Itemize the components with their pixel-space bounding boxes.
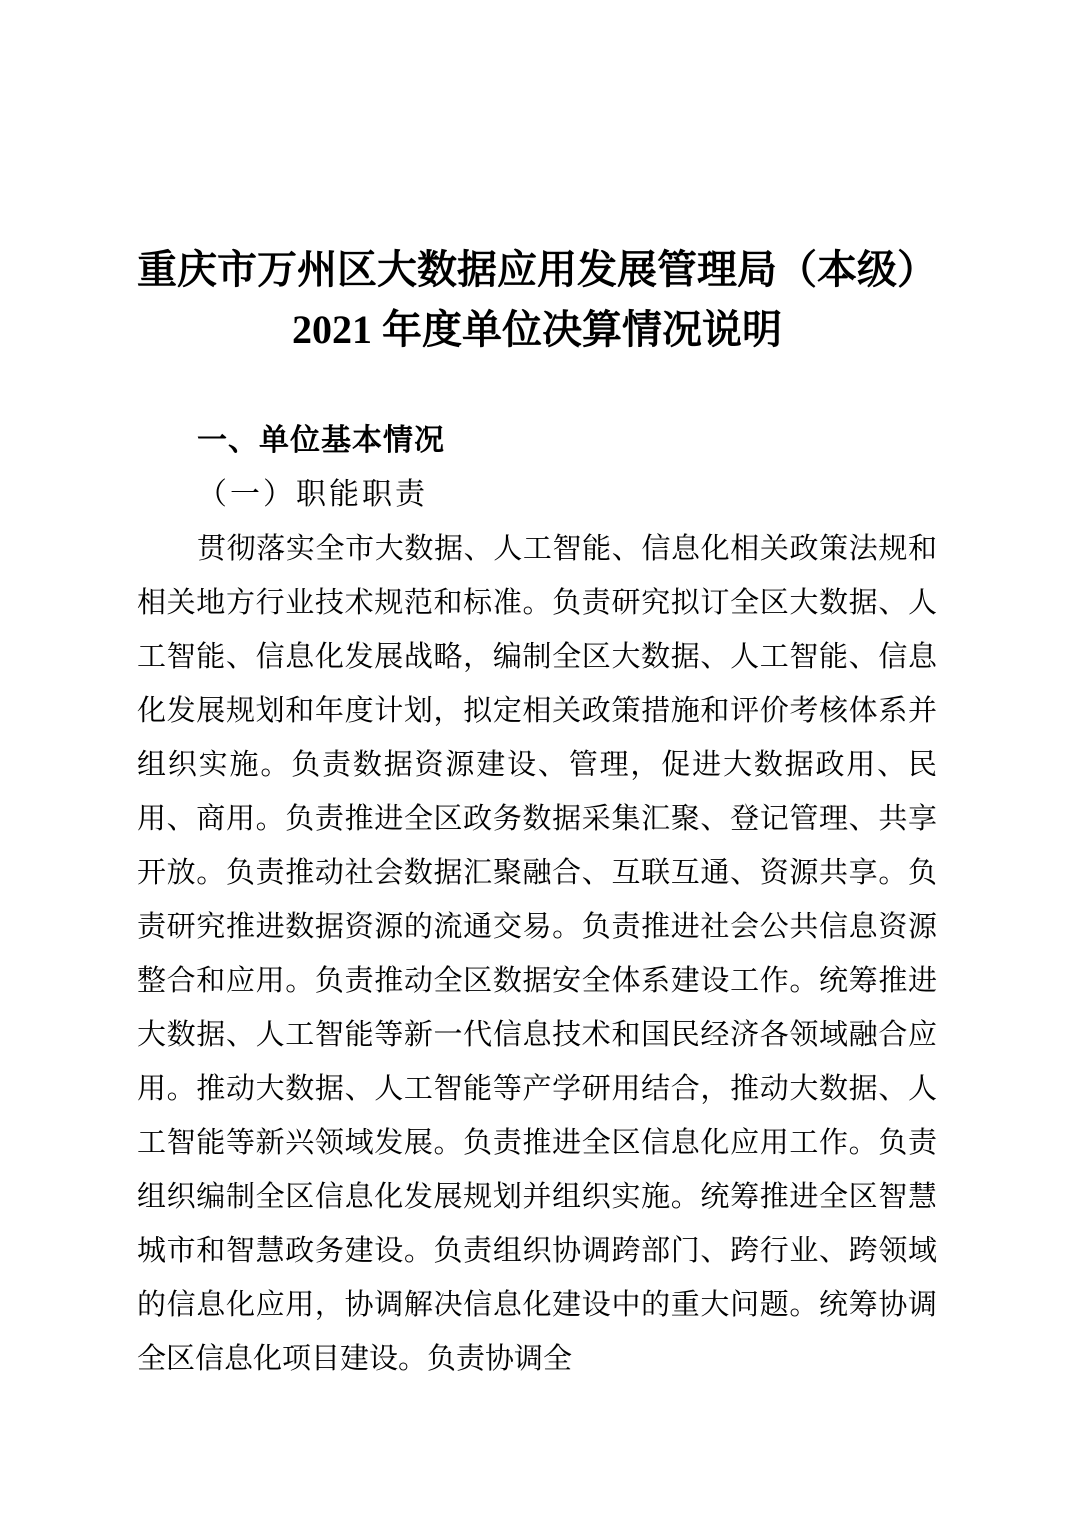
- section-heading: 一、单位基本情况: [137, 414, 937, 468]
- document-title-line1: 重庆市万州区大数据应用发展管理局（本级）: [112, 240, 962, 300]
- body-paragraph: 贯彻落实全市大数据、人工智能、信息化相关政策法规和相关地方行业技术规范和标准。负…: [137, 522, 937, 1386]
- document-title: 重庆市万州区大数据应用发展管理局（本级） 2021 年度单位决算情况说明: [112, 0, 962, 360]
- document-page: 重庆市万州区大数据应用发展管理局（本级） 2021 年度单位决算情况说明 一、单…: [0, 0, 1074, 1520]
- document-title-line2: 2021 年度单位决算情况说明: [112, 300, 962, 360]
- subsection-heading: （一）职能职责: [137, 468, 937, 522]
